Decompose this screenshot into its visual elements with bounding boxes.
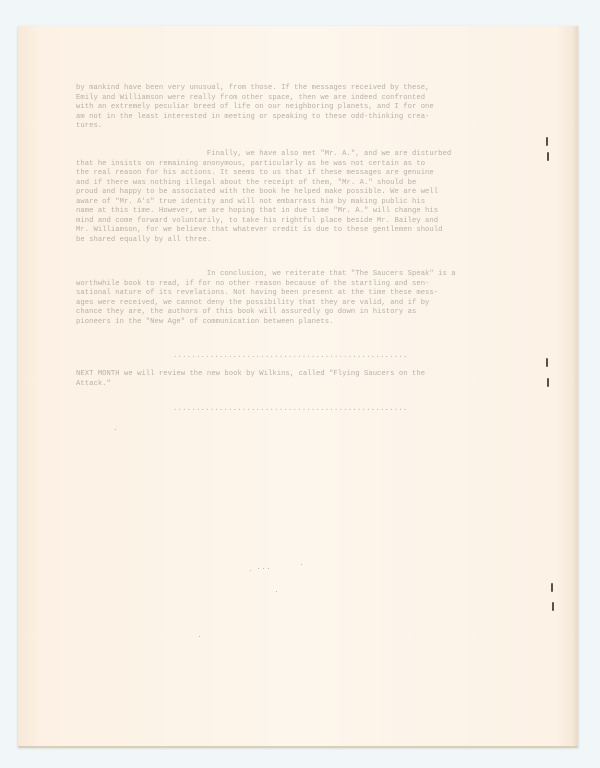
text-line: Mr. Williamson, for we believe that what… <box>76 226 526 236</box>
text-line: tures. <box>76 122 526 132</box>
text-line: that he insists on remaining anonymous, … <box>76 160 526 170</box>
text-line: aware of "Mr. A's" true identity and wil… <box>76 198 526 208</box>
text-line: Attack." <box>76 380 526 390</box>
page-edge-shadow <box>572 26 578 746</box>
paper-speck <box>258 568 259 569</box>
paper-speck <box>263 568 264 569</box>
text-line: chance they are, the authors of this boo… <box>76 308 526 318</box>
staple-hole-icon <box>547 152 549 161</box>
text-line: proud and happy to be associated with th… <box>76 188 526 198</box>
dotted-separator-1: ........................................… <box>173 352 408 360</box>
text-line: name at this time. However, we are hopin… <box>76 207 526 217</box>
text-line: Emily and Williamson were really from ot… <box>76 94 526 104</box>
text-line: mind and come forward voluntarily, to ta… <box>76 217 526 227</box>
staple-hole-icon <box>546 137 548 146</box>
text-line: sational nature of its revelations. Not … <box>76 289 526 299</box>
text-line: by mankind have been very unusual, from … <box>76 84 526 94</box>
text-line: NEXT MONTH we will review the new book b… <box>76 370 526 380</box>
paragraph-next-month: NEXT MONTH we will review the new book b… <box>76 370 526 389</box>
text-line: pioneers in the "New Age" of communicati… <box>76 318 526 328</box>
staple-hole-icon <box>547 378 549 387</box>
paper-speck <box>268 568 269 569</box>
paper-speck <box>276 591 277 592</box>
text-line: be shared equally by all three. <box>76 236 526 246</box>
paper-speck <box>199 636 200 637</box>
document-page: by mankind have been very unusual, from … <box>18 26 578 747</box>
paragraph-2: Finally, we have also met "Mr. A.", and … <box>76 150 526 245</box>
text-line: ages were received, we cannot deny the p… <box>76 299 526 309</box>
paper-speck <box>115 429 116 430</box>
text-line: In conclusion, we reiterate that "The Sa… <box>76 270 526 280</box>
dotted-separator-2: ........................................… <box>173 405 408 413</box>
paragraph-3: In conclusion, we reiterate that "The Sa… <box>76 270 526 327</box>
paragraph-1: by mankind have been very unusual, from … <box>76 84 526 132</box>
paper-speck <box>301 564 302 565</box>
text-line: am not in the least interested in meetin… <box>76 113 526 123</box>
text-line: the real reason for his actions. It seem… <box>76 169 526 179</box>
text-line: and if there was nothing illegal about t… <box>76 179 526 189</box>
text-line: Finally, we have also met "Mr. A.", and … <box>76 150 526 160</box>
text-line: with an extremely peculiar breed of life… <box>76 103 526 113</box>
staple-hole-icon <box>552 602 554 611</box>
staple-hole-icon <box>546 358 548 367</box>
text-line: worthwhile book to read, if for no other… <box>76 280 526 290</box>
paper-speck <box>250 570 251 571</box>
staple-hole-icon <box>551 583 553 592</box>
